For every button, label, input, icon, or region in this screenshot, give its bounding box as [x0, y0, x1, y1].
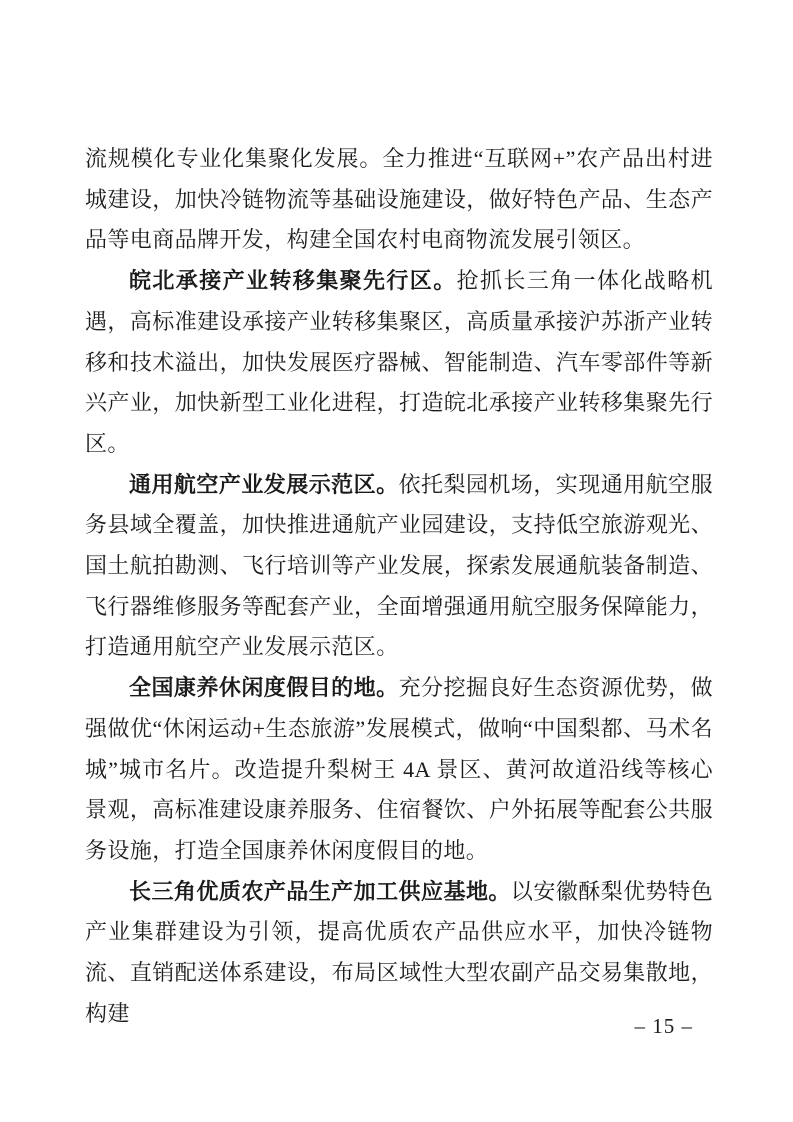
paragraph: 通用航空产业发展示范区。依托梨园机场，实现通用航空服务县域全覆盖，加快推进通航产…: [85, 465, 713, 669]
paragraph-lead: 通用航空产业发展示范区。: [129, 472, 399, 497]
paragraph-lead: 皖北承接产业转移集聚先行区。: [129, 268, 457, 293]
paragraph: 全国康养休闲度假目的地。充分挖掘良好生态资源优势，做强做优“休闲运动+生态旅游”…: [85, 668, 713, 872]
page-number: – 15 –: [635, 1014, 694, 1039]
document-body: 流规模化专业化集聚化发展。全力推进“互联网+”农产品出村进城建设，加快冷链物流等…: [85, 139, 713, 1034]
paragraph-text: 充分挖掘良好生态资源优势，做强做优“休闲运动+生态旅游”发展模式，做响“中国梨都…: [85, 675, 713, 863]
paragraph-lead: 长三角优质农产品生产加工供应基地。: [129, 879, 511, 904]
paragraph-text: 抢抓长三角一体化战略机遇，高标准建设承接产业转移集聚区，高质量承接沪苏浙产业转移…: [85, 268, 713, 456]
paragraph: 流规模化专业化集聚化发展。全力推进“互联网+”农产品出村进城建设，加快冷链物流等…: [85, 139, 713, 261]
paragraph-text: 流规模化专业化集聚化发展。全力推进“互联网+”农产品出村进城建设，加快冷链物流等…: [85, 146, 713, 252]
paragraph-lead: 全国康养休闲度假目的地。: [129, 675, 399, 700]
document-page: 流规模化专业化集聚化发展。全力推进“互联网+”农产品出村进城建设，加快冷链物流等…: [0, 0, 793, 1122]
paragraph: 皖北承接产业转移集聚先行区。抢抓长三角一体化战略机遇，高标准建设承接产业转移集聚…: [85, 261, 713, 465]
paragraph-text: 依托梨园机场，实现通用航空服务县域全覆盖，加快推进通航产业园建设，支持低空旅游观…: [85, 472, 713, 660]
paragraph: 长三角优质农产品生产加工供应基地。以安徽酥梨优势特色产业集群建设为引领，提高优质…: [85, 872, 713, 1035]
